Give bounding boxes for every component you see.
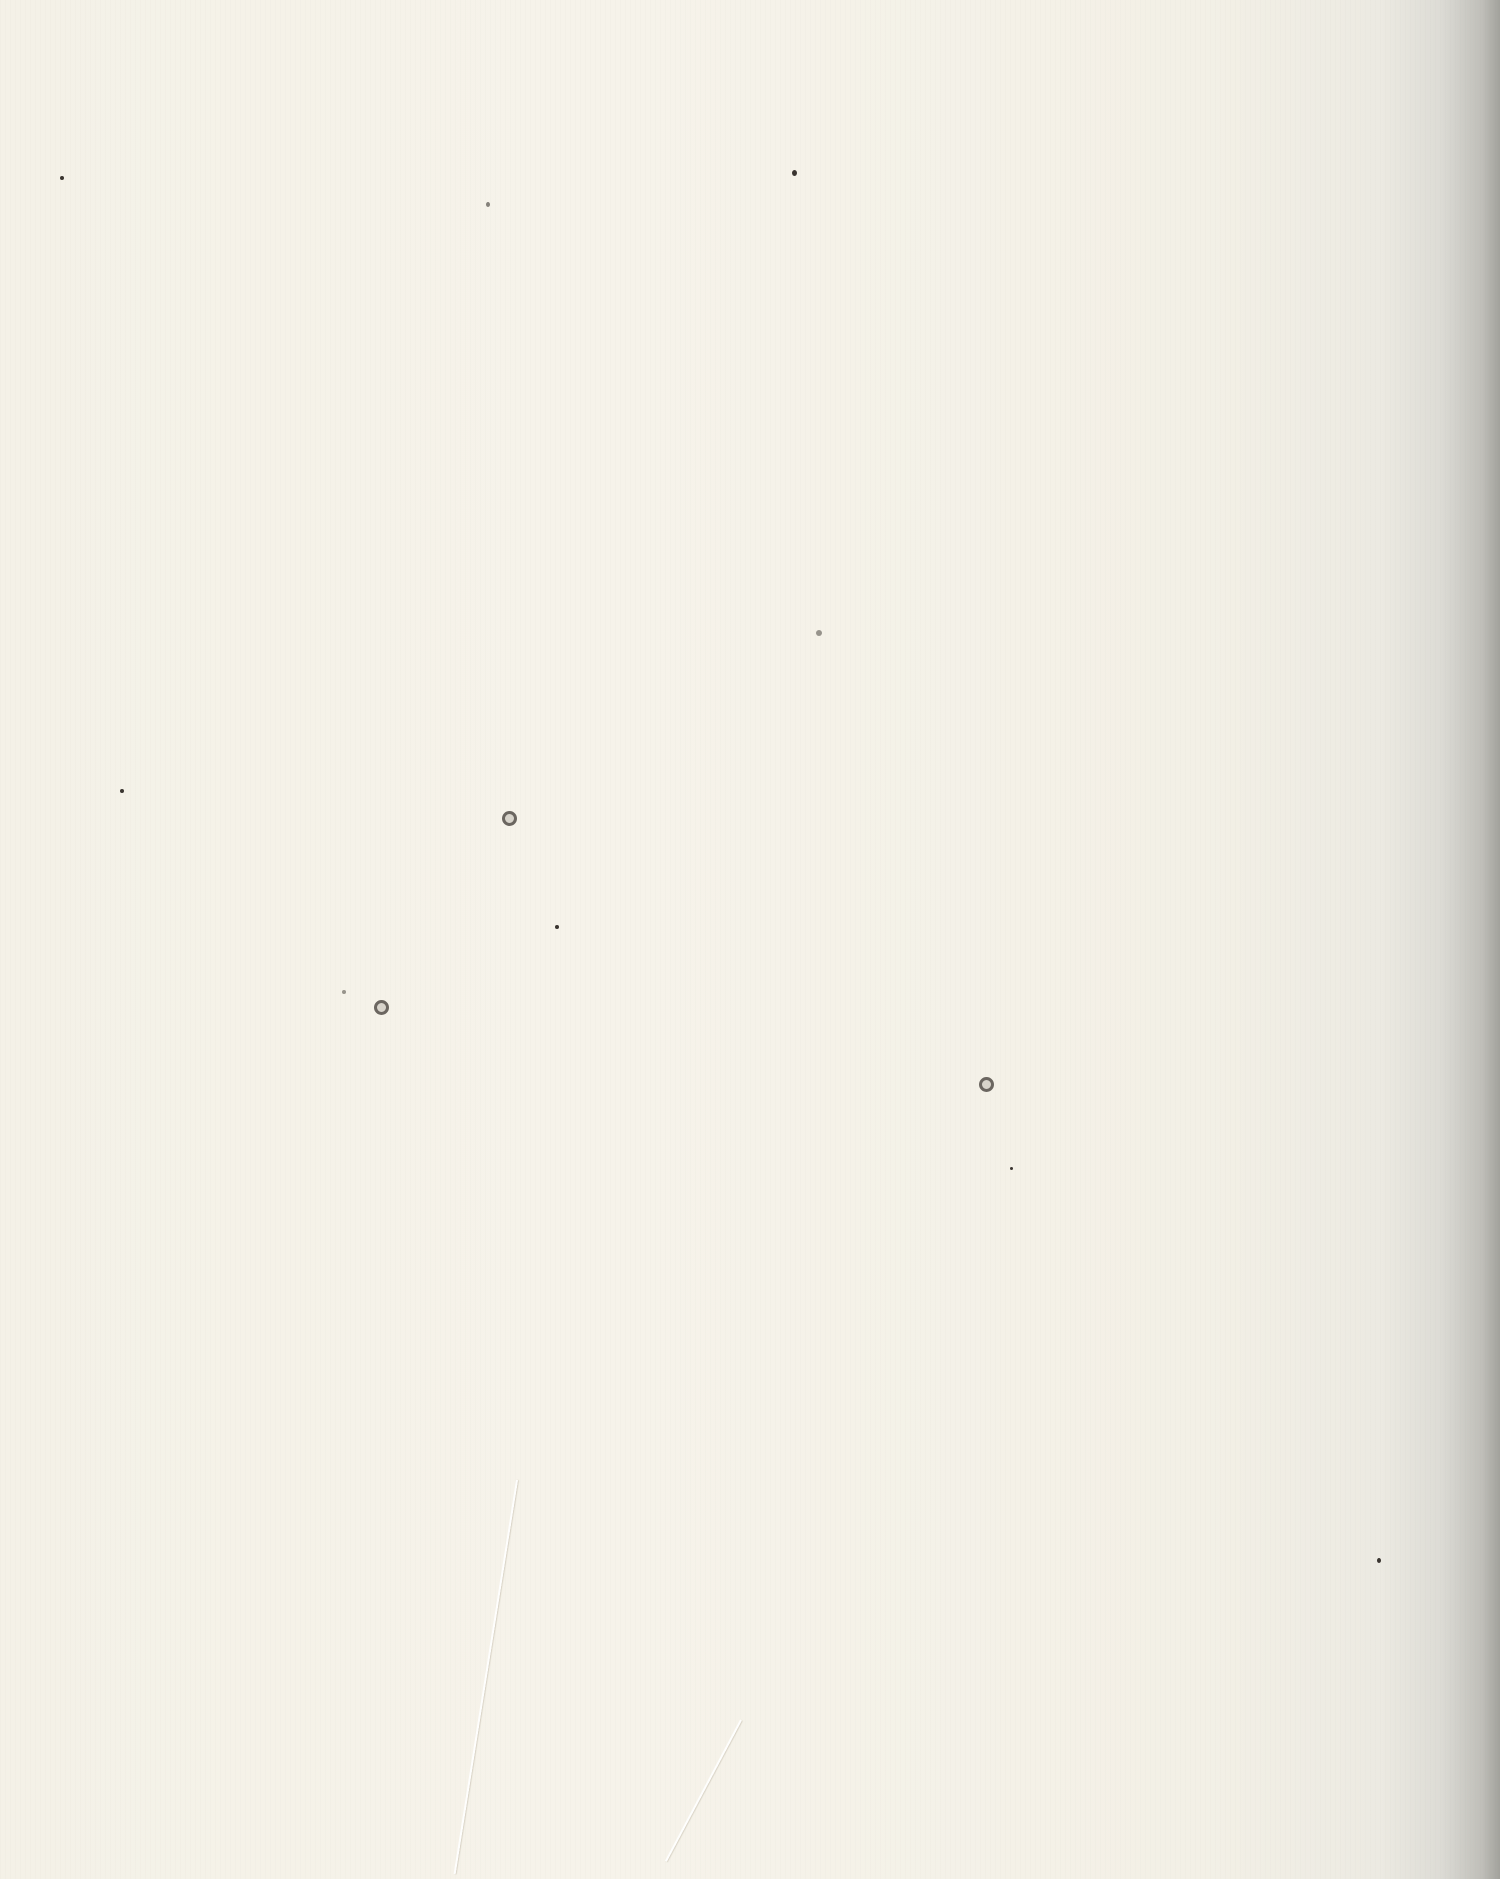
paper-speck (555, 925, 559, 929)
paper-speck (792, 170, 797, 176)
paper-speck (342, 990, 346, 994)
paper-speck (486, 202, 490, 207)
paper-speck-ring (374, 1000, 389, 1015)
paper-speck (120, 789, 124, 793)
page-content (80, 80, 1380, 1799)
paper-speck-ring (979, 1077, 994, 1092)
paper-speck (816, 630, 822, 636)
paper-speck (1010, 1167, 1013, 1170)
paper-speck (1377, 1558, 1381, 1563)
paper-speck-ring (502, 811, 517, 826)
page-edge-shadow (1440, 0, 1500, 1879)
paper-speck (60, 176, 64, 180)
blank-paper-page (0, 0, 1500, 1879)
